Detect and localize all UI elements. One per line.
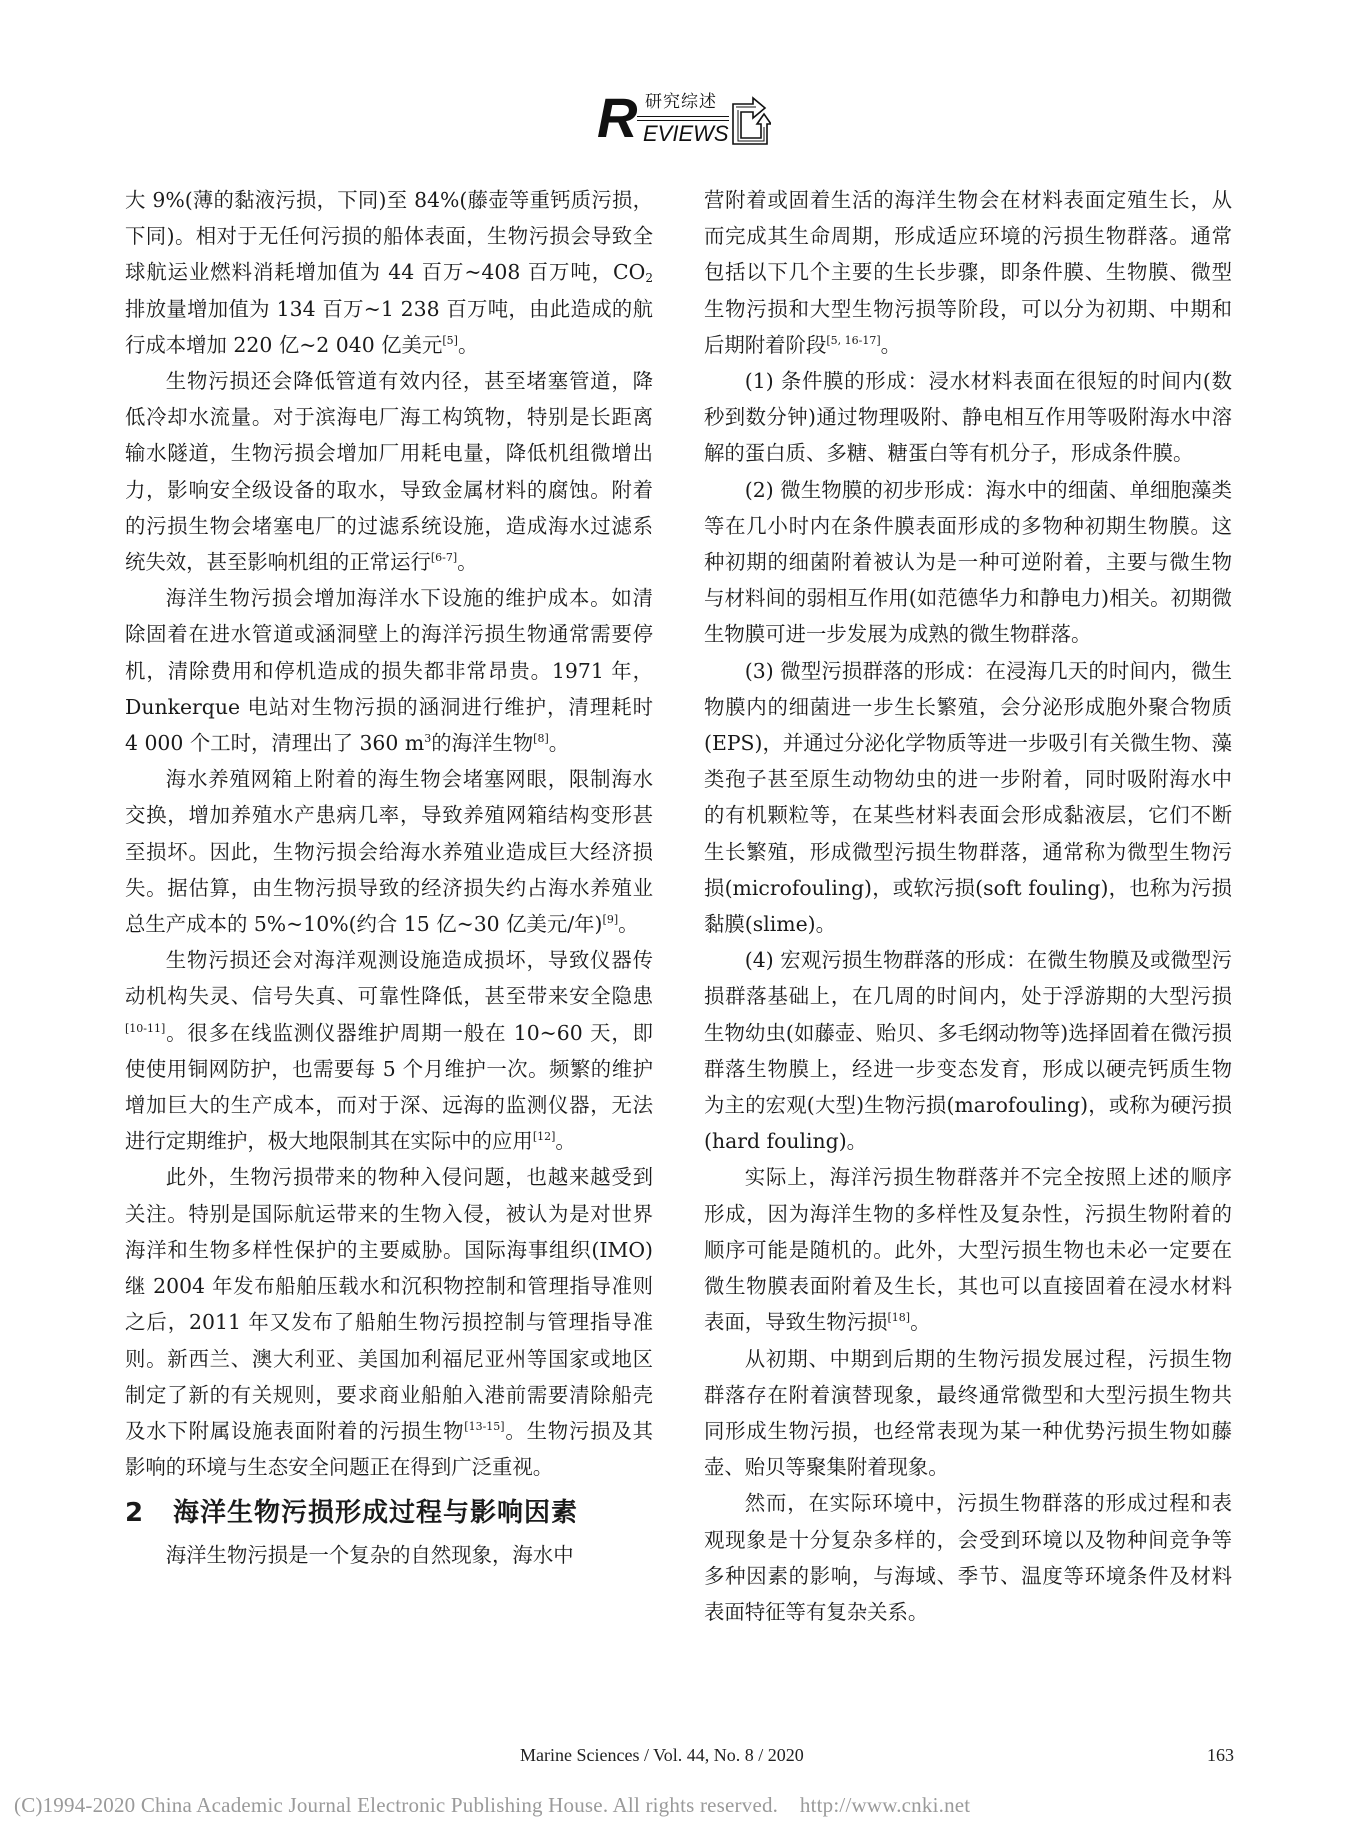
paragraph: 生物污损还会降低管道有效内径，甚至堵塞管道，降低冷却水流量。对于滨海电厂海工构筑… [125,363,653,580]
logo-divider [637,116,729,117]
citation[interactable]: [8] [533,732,549,745]
citation[interactable]: [12] [533,1130,556,1143]
copyright-notice: (C)1994-2020 China Academic Journal Elec… [14,1793,970,1818]
paragraph: (2) 微生物膜的初步形成：海水中的细菌、单细胞藻类等在几小时内在条件膜表面形成… [704,472,1232,653]
paragraph: 生物污损还会对海洋观测设施造成损坏，导致仪器传动机构失灵、信号失真、可靠性降低，… [125,942,653,1159]
section-number: 2 [125,1493,173,1533]
paragraph: 海洋生物污损会增加海洋水下设施的维护成本。如清除固着在进水管道或涵洞壁上的海洋污… [125,580,653,761]
citation[interactable]: [5, 16-17] [826,334,880,347]
paragraph: 海水养殖网箱上附着的海生物会堵塞网眼，限制海水交换，增加养殖水产患病几率，导致养… [125,761,653,942]
citation[interactable]: [9] [603,913,619,926]
paragraph: (3) 微型污损群落的形成：在浸海几天的时间内，微生物膜内的细菌进一步生长繁殖，… [704,653,1232,943]
logo-letter: R [597,88,637,148]
paragraph: 从初期、中期到后期的生物污损发展过程，污损生物群落存在附着演替现象，最终通常微型… [704,1341,1232,1486]
reviews-logo: R 研究综述 EVIEWS [597,88,767,150]
citation[interactable]: [18] [888,1311,911,1324]
paragraph: 此外，生物污损带来的物种入侵问题，也越来越受到关注。特别是国际航运带来的生物入侵… [125,1159,653,1485]
citation[interactable]: [10-11] [125,1022,165,1035]
citation[interactable]: [5] [442,334,458,347]
paragraph: 然而，在实际环境中，污损生物群落的形成过程和表观现象是十分复杂多样的，会受到环境… [704,1485,1232,1630]
paragraph: 大 9%(薄的黏液污损，下同)至 84%(藤壶等重钙质污损，下同)。相对于无任何… [125,182,653,363]
page-number: 163 [1207,1745,1234,1766]
logo-english-title: EVIEWS [643,122,729,146]
left-column: 大 9%(薄的黏液污损，下同)至 84%(藤壶等重钙质污损，下同)。相对于无任何… [125,182,653,1574]
paragraph: (1) 条件膜的形成：浸水材料表面在很短的时间内(数秒到数分钟)通过物理吸附、静… [704,363,1232,472]
paragraph: (4) 宏观污损生物群落的形成：在微生物膜及或微型污损群落基础上，在几周的时间内… [704,942,1232,1159]
paragraph: 海洋生物污损是一个复杂的自然现象，海水中 [125,1537,653,1573]
logo-chinese-title: 研究综述 [645,92,717,112]
journal-citation: Marine Sciences / Vol. 44, No. 8 / 2020 [520,1745,804,1766]
citation[interactable]: [13-15] [464,1420,504,1433]
paragraph: 实际上，海洋污损生物群落并不完全按照上述的顺序形成，因为海洋生物的多样性及复杂性… [704,1159,1232,1340]
paragraph: 营附着或固着生活的海洋生物会在材料表面定殖生长，从而完成其生命周期，形成适应环境… [704,182,1232,363]
right-column: 营附着或固着生活的海洋生物会在材料表面定殖生长，从而完成其生命周期，形成适应环境… [704,182,1232,1630]
citation[interactable]: [6-7] [431,551,457,564]
section-title: 海洋生物污损形成过程与影响因素 [173,1498,578,1528]
section-heading: 2海洋生物污损形成过程与影响因素 [125,1493,653,1533]
nested-arrows-icon [731,90,771,146]
